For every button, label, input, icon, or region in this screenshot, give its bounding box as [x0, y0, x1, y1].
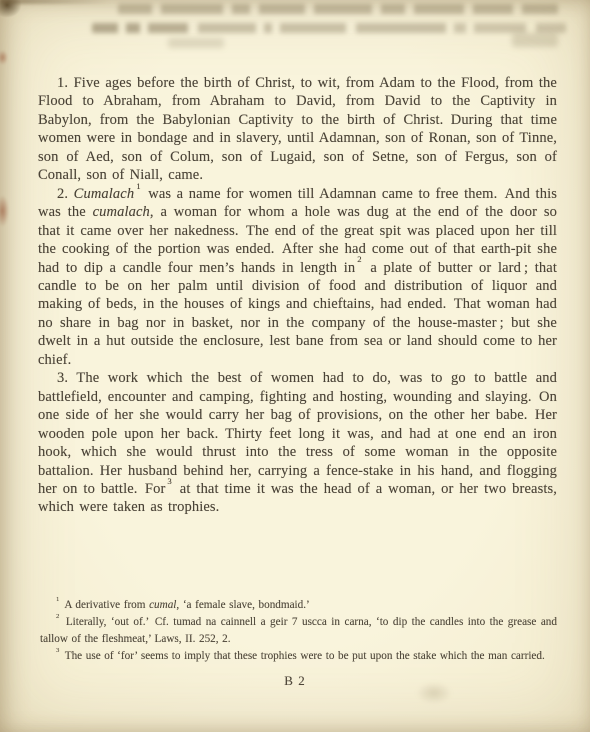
footnotes-block: 1 A derivative from cumal, ‘a female sla… [40, 597, 557, 665]
footnote-3: 3 The use of ‘for’ seems to imply that t… [40, 648, 557, 665]
left-edge-red-mark-1 [0, 50, 8, 65]
bleed-through-line-1 [118, 4, 558, 14]
paragraph-2: 2. Cumalach1 was a name for women till A… [38, 185, 557, 370]
page-body-text: 1. Five ages before the birth of Christ,… [38, 74, 557, 517]
footnote-2: 2 Literally, ‘out of.’ Cf. tumad na cain… [40, 614, 557, 648]
faint-smudge-2 [512, 33, 558, 47]
footnote-1: 1 A derivative from cumal, ‘a female sla… [40, 597, 557, 614]
top-edge-stain [0, 0, 130, 4]
paragraph-1: 1. Five ages before the birth of Christ,… [38, 74, 557, 185]
scanned-book-page: 1. Five ages before the birth of Christ,… [0, 0, 590, 732]
corner-stain [0, 0, 23, 19]
paragraph-3: 3. The work which the best of women had … [38, 369, 557, 517]
faint-smudge-1 [168, 38, 224, 48]
left-edge-red-mark-2 [0, 195, 9, 227]
bleed-through-line-2 [92, 23, 566, 33]
signature-mark: B 2 [0, 673, 590, 689]
